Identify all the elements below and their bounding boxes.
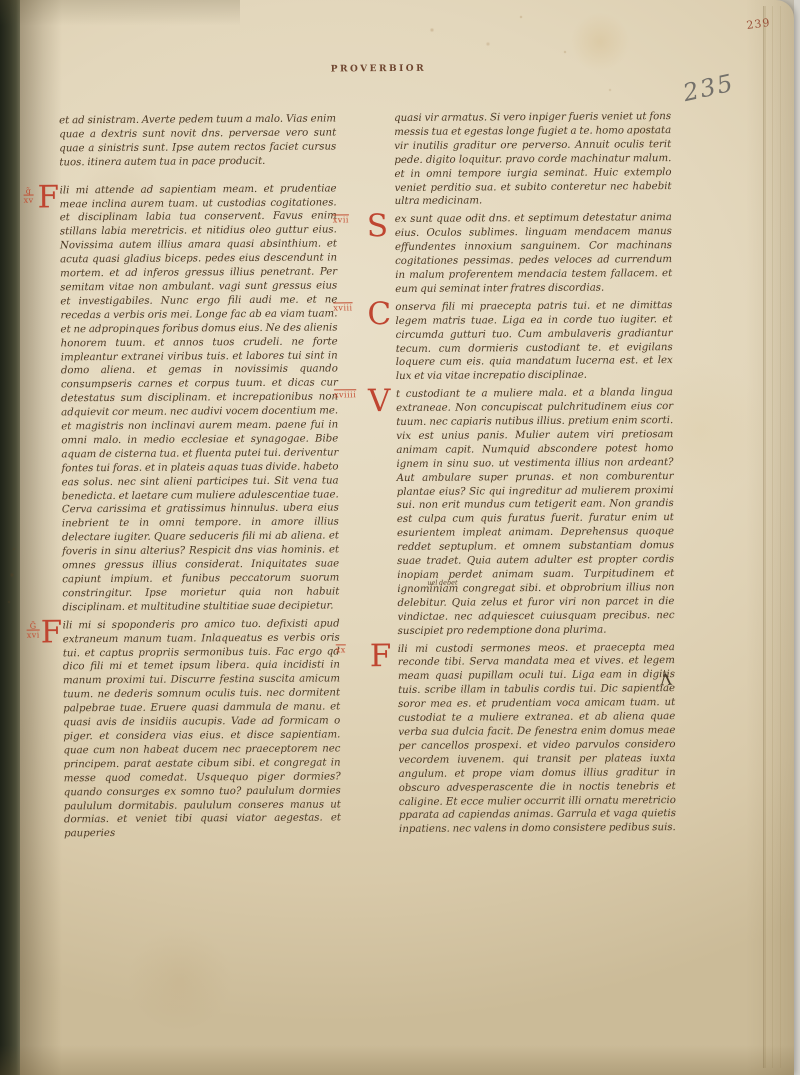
chapter-numeral: xvii xyxy=(333,216,349,225)
section-text: ili mi custodi sermones meos. et praecep… xyxy=(398,642,676,836)
text-section: xviiii V t custodiant te a muliere mala.… xyxy=(396,386,675,638)
chapter-numeral: xv xyxy=(24,195,34,204)
interlinear-gloss: uel debet xyxy=(427,580,457,587)
left-column: et ad sinistram. Averte pedem tuum a mal… xyxy=(59,112,341,845)
rubricated-initial: F xyxy=(41,618,63,646)
text-section: xvii S ex sunt quae odit dns. et septimu… xyxy=(395,211,673,296)
manuscript-photo: PROVERBIOR 239 235 Λ et ad sinistram. Av… xyxy=(0,0,800,1075)
paragraph-sign: G̃ xyxy=(30,621,37,630)
rubricated-initial: S xyxy=(367,212,388,240)
handwritten-folio-number: 235 xyxy=(680,69,737,107)
text-section: xviii C onserva fili mi praecepta patris… xyxy=(395,299,673,384)
marginal-chapter-mark: xx xyxy=(336,645,346,654)
marginal-chapter-mark: G̃ xvi xyxy=(27,621,40,639)
section-text: ex sunt quae odit dns. et septimum detes… xyxy=(395,212,672,294)
marginal-chapter-mark: xvii xyxy=(333,216,349,225)
manuscript-page: PROVERBIOR 239 235 Λ et ad sinistram. Av… xyxy=(0,0,794,1075)
chapter-numeral: xviiii xyxy=(334,390,356,399)
text-section: et ad sinistram. Averte pedem tuum a mal… xyxy=(59,112,336,170)
text-section: quasi vir armatus. Si vero inpiger fueri… xyxy=(394,110,672,209)
marginal-chapter-mark: xviiii xyxy=(334,390,356,399)
text-block: PROVERBIOR 239 235 Λ et ad sinistram. Av… xyxy=(0,0,798,1075)
marginal-chapter-mark: q̃ xv xyxy=(24,186,34,204)
section-text: et ad sinistram. Averte pedem tuum a mal… xyxy=(59,113,336,168)
rubricated-initial: F xyxy=(370,642,392,670)
section-text: ili mi attende ad sapientiam meam. et pr… xyxy=(60,183,340,613)
bottom-edge-shadow xyxy=(0,1045,794,1075)
rubricated-initial: C xyxy=(367,300,391,328)
running-title: PROVERBIOR xyxy=(331,64,426,75)
text-section: G̃ xvi F ili mi si spoponderis pro amico… xyxy=(63,617,342,841)
rubricated-initial: F xyxy=(38,183,60,211)
chapter-numeral: xvi xyxy=(27,630,40,639)
marginal-chapter-mark: xviii xyxy=(333,303,352,312)
section-text: ili mi si spoponderis pro amico tuo. def… xyxy=(63,618,341,840)
section-text: onserva fili mi praecepta patris tui. et… xyxy=(395,300,672,382)
paragraph-sign: q̃ xyxy=(26,186,32,195)
chapter-numeral: xviii xyxy=(333,303,352,312)
corner-folio-number: 239 xyxy=(746,16,771,32)
right-column: quasi vir armatus. Si vero inpiger fueri… xyxy=(394,110,676,841)
text-section: q̃ xv F ili mi attende ad sapientiam mea… xyxy=(60,182,340,615)
section-text: quasi vir armatus. Si vero inpiger fueri… xyxy=(394,111,672,207)
text-section: xx F ili mi custodi sermones meos. et pr… xyxy=(398,641,676,838)
chapter-numeral: xx xyxy=(336,645,346,654)
rubricated-initial: V xyxy=(368,387,391,415)
section-text: t custodiant te a muliere mala. et a bla… xyxy=(396,387,675,636)
